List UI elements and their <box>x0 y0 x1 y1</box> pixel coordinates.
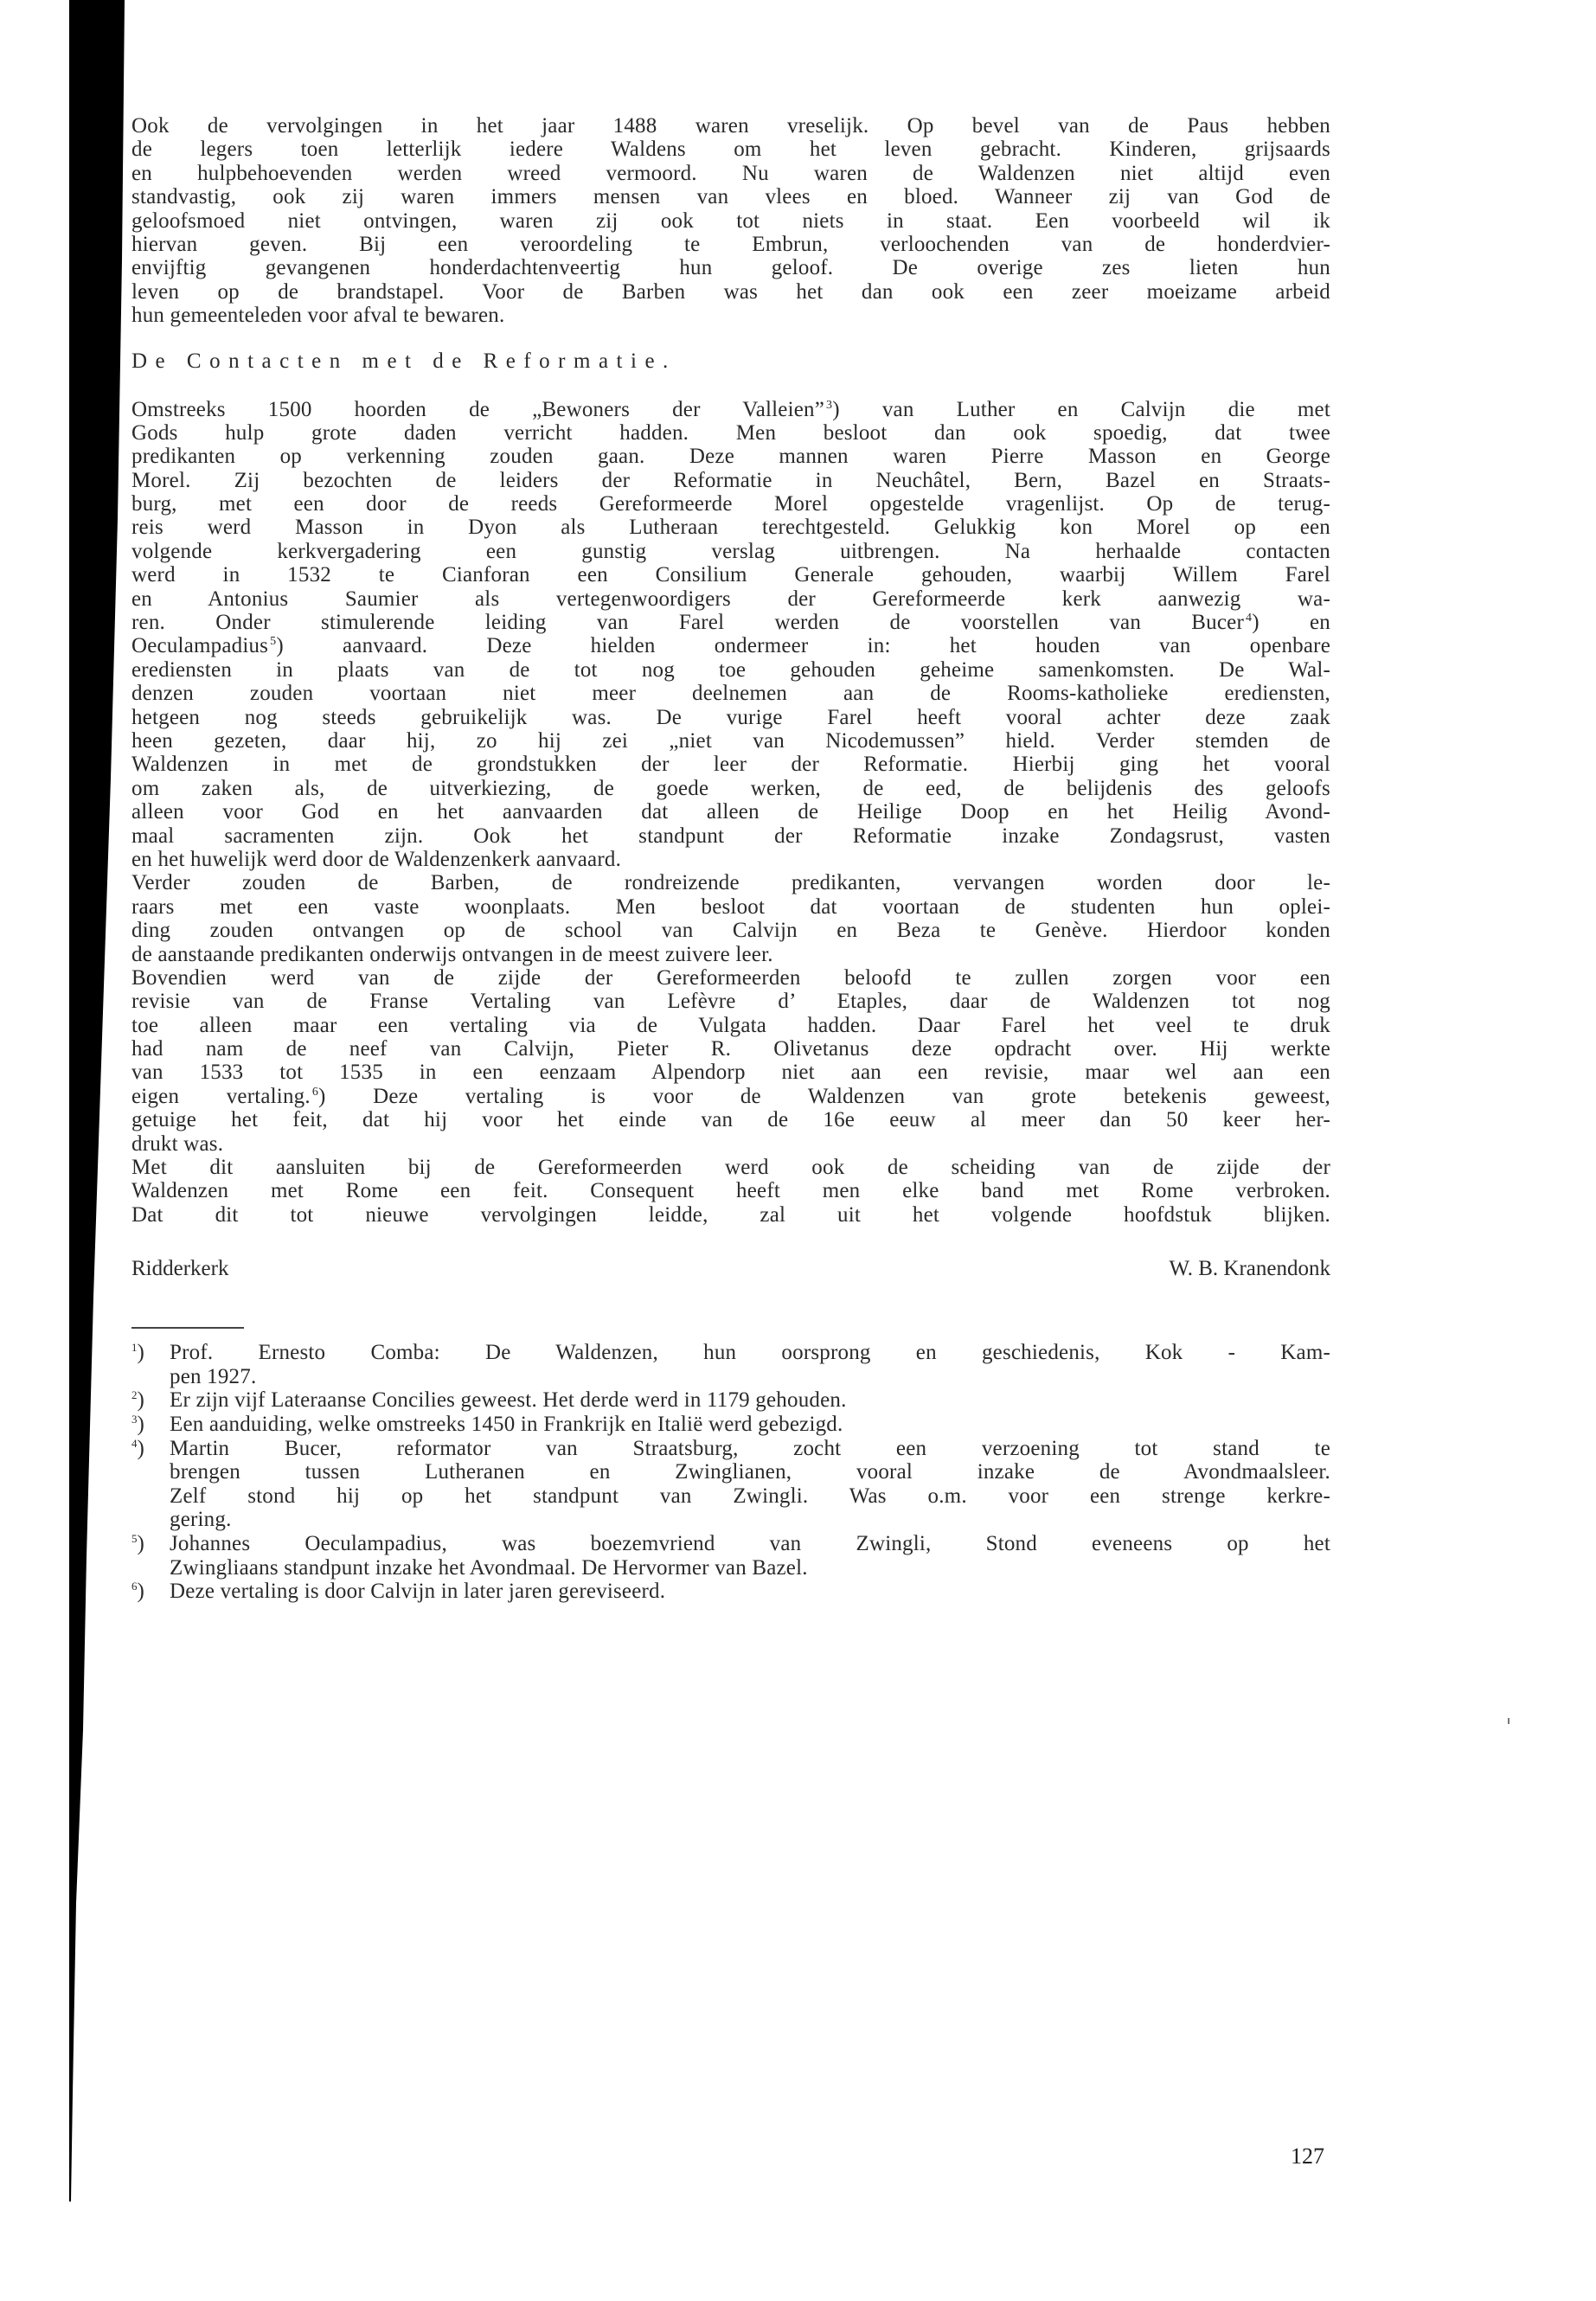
text-line: heen gezeten, daar hij, zo hij zei „niet… <box>131 729 1330 753</box>
footnote-5: 5) Johannes Oeculampadius, was boezemvri… <box>131 1532 1330 1580</box>
text-line: en het huwelijk werd door de Waldenzenke… <box>131 848 1330 871</box>
text-segment: ) aanvaard. Deze hielden ondermeer in: h… <box>276 634 1330 657</box>
signature-author: W. B. Kranendonk <box>1169 1256 1330 1282</box>
footnote-4: 4) Martin Bucer, reformator van Straatsb… <box>131 1437 1330 1532</box>
text-line: de aanstaande predikanten onderwijs ontv… <box>131 943 1330 966</box>
footnote-ref-6[interactable]: 6 <box>312 1086 318 1099</box>
text-line: standvastig, ook zij waren immers mensen… <box>131 185 1330 208</box>
paragraph-barben: Verder zouden de Barben, de rondreizende… <box>131 871 1330 966</box>
text-segment: ) en <box>1252 611 1330 634</box>
document-page: Ook de vervolgingen in het jaar 1488 war… <box>131 114 1330 1604</box>
text-line: predikanten op verkenning zouden gaan. D… <box>131 445 1330 468</box>
text-line: Gods hulp grote daden verricht hadden. M… <box>131 421 1330 445</box>
footnote-line: Martin Bucer, reformator van Straatsburg… <box>170 1437 1330 1461</box>
paragraph-contacts: Omstreeks 1500 hoorden de „Bewoners der … <box>131 398 1330 872</box>
text-line: erediensten in plaats van de tot nog toe… <box>131 658 1330 682</box>
text-line: toe alleen maar een vertaling via de Vul… <box>131 1014 1330 1037</box>
text-line: hiervan geven. Bij een veroordeling te E… <box>131 233 1330 256</box>
footnote-line: Er zijn vijf Lateraanse Concilies gewees… <box>170 1388 1330 1413</box>
text-line: leven op de brandstapel. Voor de Barben … <box>131 280 1330 304</box>
footnote-mark: 4) <box>131 1437 170 1532</box>
text-line: Dat dit tot nieuwe vervolgingen leidde, … <box>131 1203 1330 1227</box>
text-line: geloofsmoed niet ontvingen, waren zij oo… <box>131 209 1330 233</box>
text-line: Waldenzen in met de grondstukken der lee… <box>131 753 1330 776</box>
text-line: eigen vertaling.6) Deze vertaling is voo… <box>131 1085 1330 1108</box>
text-segment: eigen vertaling. <box>131 1085 311 1108</box>
text-line: werd in 1532 te Cianforan een Consilium … <box>131 563 1330 586</box>
paragraph-rome: Met dit aansluiten bij de Gereformeerden… <box>131 1156 1330 1227</box>
footnote-line: brengen tussen Lutheranen en Zwinglianen… <box>170 1460 1330 1484</box>
text-line: hetgeen nog steeds gebruikelijk was. De … <box>131 706 1330 729</box>
text-segment: Omstreeks 1500 hoorden de „Bewoners der … <box>131 398 824 421</box>
text-line: denzen zouden voortaan niet meer deelnem… <box>131 682 1330 705</box>
footnote-line: Zwingliaans standpunt inzake het Avondma… <box>170 1556 1330 1580</box>
text-line: getuige het feit, dat hij voor het einde… <box>131 1108 1330 1131</box>
text-line: om zaken als, de uitverkiezing, de goede… <box>131 777 1330 800</box>
footnote-line: gering. <box>170 1508 1330 1532</box>
footnote-line: Zelf stond hij op het standpunt van Zwin… <box>170 1484 1330 1509</box>
footnote-6: 6) Deze vertaling is door Calvijn in lat… <box>131 1580 1330 1604</box>
text-line: de legers toen letterlijk iedere Waldens… <box>131 138 1330 161</box>
footnote-mark: 6) <box>131 1580 170 1604</box>
text-line: ding zouden ontvangen op de school van C… <box>131 919 1330 942</box>
footnote-line: Johannes Oeculampadius, was boezemvriend… <box>170 1532 1330 1556</box>
text-line: en Antonius Saumier als vertegenwoordige… <box>131 587 1330 611</box>
text-segment: ) van Luther en Calvijn die met <box>832 398 1330 421</box>
text-line: Verder zouden de Barben, de rondreizende… <box>131 871 1330 894</box>
text-line: Ook de vervolgingen in het jaar 1488 war… <box>131 114 1330 138</box>
footnote-mark: 5) <box>131 1532 170 1580</box>
text-line: ren. Onder stimulerende leiding van Fare… <box>131 611 1330 634</box>
text-line: had nam de neef van Calvijn, Pieter R. O… <box>131 1037 1330 1061</box>
text-line: volgende kerkvergadering een gunstig ver… <box>131 540 1330 563</box>
text-line: van 1533 tot 1535 in een eenzaam Alpendo… <box>131 1061 1330 1084</box>
text-line: Oeculampadius5) aanvaard. Deze hielden o… <box>131 634 1330 657</box>
scan-speck <box>1508 1718 1509 1724</box>
text-line: maal sacramenten zijn. Ook het standpunt… <box>131 824 1330 848</box>
text-segment: ) Deze vertaling is voor de Waldenzen va… <box>318 1085 1330 1108</box>
text-line: Bovendien werd van de zijde der Gereform… <box>131 966 1330 990</box>
text-line: hun gemeenteleden voor afval te bewaren. <box>131 304 1330 327</box>
text-line: reis werd Masson in Dyon als Lutheraan t… <box>131 516 1330 539</box>
footnote-line: Deze vertaling is door Calvijn in later … <box>170 1580 1330 1604</box>
text-line: envijftig gevangenen honderdachtenveerti… <box>131 256 1330 279</box>
text-segment: Oeculampadius <box>131 634 268 657</box>
footnote-1: 1) Prof. Ernesto Comba: De Waldenzen, hu… <box>131 1341 1330 1388</box>
footnote-mark: 1) <box>131 1341 170 1388</box>
footnote-3: 3) Een aanduiding, welke omstreeks 1450 … <box>131 1413 1330 1437</box>
footnotes: 1) Prof. Ernesto Comba: De Waldenzen, hu… <box>131 1341 1330 1604</box>
footnote-line: Een aanduiding, welke omstreeks 1450 in … <box>170 1413 1330 1437</box>
section-heading: De Contacten met de Reformatie. <box>131 349 1330 375</box>
page-number: 127 <box>1291 2144 1324 2170</box>
footnote-line: Prof. Ernesto Comba: De Waldenzen, hun o… <box>170 1341 1330 1365</box>
signature-row: Ridderkerk W. B. Kranendonk <box>131 1256 1330 1282</box>
footnote-line: pen 1927. <box>170 1365 1330 1389</box>
text-segment: ren. Onder stimulerende leiding van Fare… <box>131 611 1244 634</box>
paragraph-persecution: Ook de vervolgingen in het jaar 1488 war… <box>131 114 1330 328</box>
footnote-2: 2) Er zijn vijf Lateraanse Concilies gew… <box>131 1388 1330 1413</box>
text-line: en hulpbehoevenden werden wreed vermoord… <box>131 162 1330 185</box>
text-line: Met dit aansluiten bij de Gereformeerden… <box>131 1156 1330 1179</box>
text-line: Omstreeks 1500 hoorden de „Bewoners der … <box>131 398 1330 421</box>
text-line: raars met een vaste woonplaats. Men besl… <box>131 895 1330 919</box>
text-line: Waldenzen met Rome een feit. Consequent … <box>131 1179 1330 1202</box>
text-line: Morel. Zij bezochten de leiders der Refo… <box>131 469 1330 492</box>
footnote-mark: 3) <box>131 1413 170 1437</box>
paragraph-translation: Bovendien werd van de zijde der Gereform… <box>131 966 1330 1156</box>
text-line: burg, met een door de reeds Gereformeerd… <box>131 492 1330 516</box>
text-line: revisie van de Franse Vertaling van Lefè… <box>131 990 1330 1013</box>
text-line: drukt was. <box>131 1132 1330 1156</box>
footnote-mark: 2) <box>131 1388 170 1413</box>
signature-place: Ridderkerk <box>131 1256 228 1282</box>
text-line: alleen voor God en het aanvaarden dat al… <box>131 800 1330 824</box>
footnote-separator <box>131 1327 244 1329</box>
